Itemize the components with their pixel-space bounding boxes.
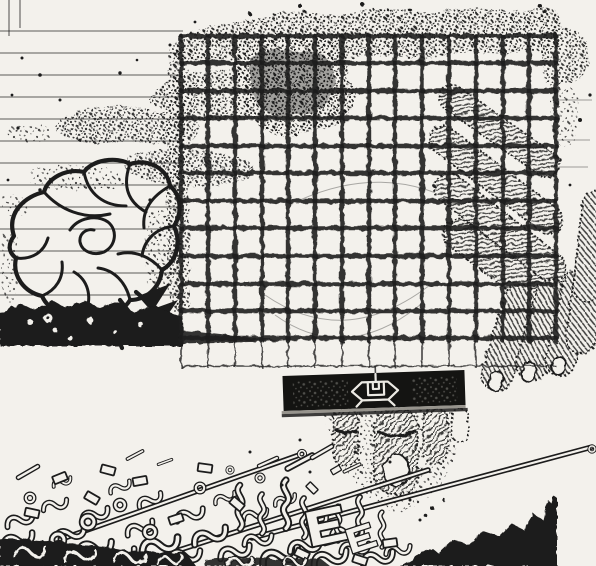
artwork-canvas: Surreal pen-and-ink collage illustration [0,0,596,566]
